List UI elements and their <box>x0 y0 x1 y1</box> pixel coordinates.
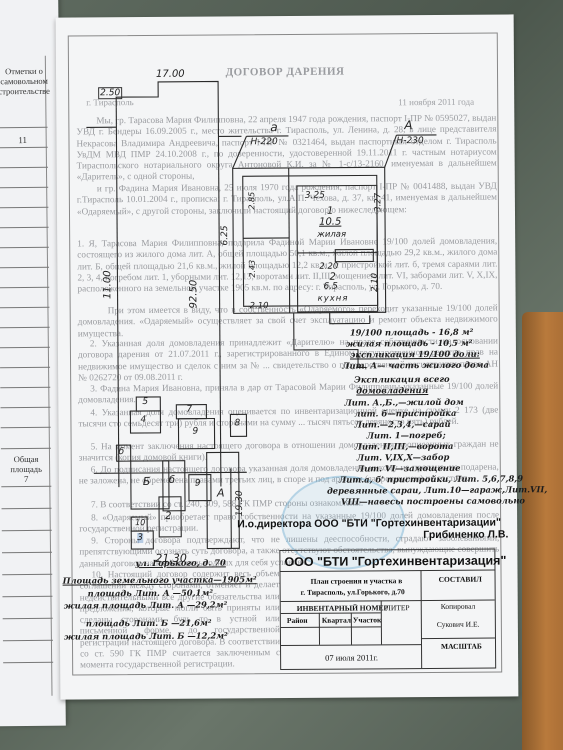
area-lit-a: площадь Лит. А —50,1м² <box>88 588 213 599</box>
share-explication-title: экспликация 19/100 доли: <box>350 349 480 360</box>
total-explication-title: Экспликация всего <box>354 374 450 385</box>
lit-label: б <box>119 447 125 457</box>
street-address: ул. Горького, д. 70 <box>135 557 225 568</box>
organization-name: ООО "БТИ "Гортехинвентаризация" <box>284 553 506 569</box>
living-lit-b: жилая площадь Лит. Б —12,2м² <box>64 630 228 641</box>
plot-label: Участок <box>353 615 382 624</box>
title-block: ООО "БТИ "Гортехинвентаризация" СОСТАВИЛ… <box>279 549 496 671</box>
total-area-col: 7 <box>1 474 51 485</box>
share-area: 19/100 площадь - 16,8 м² <box>350 327 474 338</box>
liter-label: ЛИТЕР <box>386 603 410 612</box>
room-1-area: 10.5 <box>319 217 341 228</box>
dim-house-height: 6.25 <box>220 225 230 245</box>
explication-line: Лит. V,IX,X—забор <box>357 452 450 463</box>
dim-mid-height: 92.50 <box>188 280 199 309</box>
share-living-area: жилая площадь - 10,5 м² <box>346 338 473 349</box>
living-lit-a: жилая площадь Лит. А —29,2м² <box>64 599 228 610</box>
compiled-label: СОСТАВИЛ <box>439 575 482 584</box>
dim-right-wall: 3.27 <box>373 193 383 212</box>
dim-corner: 2.50 <box>98 87 122 99</box>
explication-line: Лит.а, б' пристройки, Лит. 5,6,7,8,9 <box>339 473 523 484</box>
dim-kitchen-width: 2.20 <box>319 262 338 272</box>
self-built-header: Отметки о самовольном строительстве <box>0 66 53 97</box>
plan-date: 07 июля 2011г. <box>325 652 378 662</box>
scale-label: МАСШТАБ <box>441 642 482 651</box>
plan-address: г. Тирасполь, ул.Горького, д.70 <box>301 587 405 597</box>
director-name: Грибиненко Л.В. <box>423 528 508 541</box>
column-number: 11 <box>0 135 48 146</box>
dim-right-height: 19.30 <box>235 490 245 516</box>
marker-a-height: Н-220 <box>250 137 277 147</box>
cardboard-background <box>522 312 563 750</box>
plan-sheet: ДОГОВОР ДАРЕНИЯ г. Тирасполь 11 ноября 2… <box>56 14 519 699</box>
lit-label: 7 <box>186 405 192 415</box>
lit-label: 2 <box>165 511 171 522</box>
plan-title: План строения и участка в <box>311 576 403 586</box>
lit-label: А <box>217 486 225 499</box>
explication-line: деревянные сараи, Лит.10—гараж,Лит.VII, <box>327 484 547 496</box>
lit-label: 4 <box>140 415 146 425</box>
room-1-number: 1 <box>327 206 333 217</box>
lit-label: 10 <box>135 518 145 527</box>
explication-line: Лит. II,III,—ворота <box>355 441 454 452</box>
lit-label: 9 <box>192 427 198 437</box>
explication-line: Лит.—2,3,4,—сарай <box>354 419 450 430</box>
lit-label: 3 <box>137 533 143 543</box>
total-explication-title-2: домовладения <box>356 385 428 396</box>
dim-room-h2: 2.43 <box>248 260 257 278</box>
room-2-name: кухня <box>318 294 349 304</box>
author-name: Сукович И.Е. <box>437 620 480 629</box>
lit-label: 9 <box>195 479 201 489</box>
total-area-header: Общая площадь <box>1 454 51 475</box>
dim-top-width: 17.00 <box>156 69 185 80</box>
lit-label: б <box>169 475 175 486</box>
marker-A-height: Н-230 <box>396 136 423 146</box>
dim-room-h1: 2.85 <box>247 192 256 210</box>
explication-line: лит. б—пристройка <box>354 408 456 419</box>
lit-label: 5 <box>142 397 148 407</box>
dim-room1-width: 3.25 <box>305 191 325 201</box>
land-area: Площадь земельного участка—1905м² <box>63 574 257 586</box>
quarter-label: Квартал <box>322 616 351 625</box>
lit-label: 8 <box>234 418 240 428</box>
explication-line: VIII—навесы построены самовольно <box>341 495 525 506</box>
lit-label: Б <box>143 475 151 488</box>
dim-kitchen-height: 2.10 <box>370 273 380 292</box>
copied-label: Копировал <box>441 602 476 611</box>
marker-a-label: а <box>270 120 277 134</box>
explication-line: Лит. 1—погреб; <box>367 430 446 441</box>
explication-line: Лит. А.,Б.,—жилой дом <box>344 397 463 408</box>
dim-room-w2: 2.10 <box>250 301 269 311</box>
district-label: Район <box>287 616 308 625</box>
room-2-area: 6.5 <box>323 282 337 292</box>
share-explication-item: Лит. А— часть жилого дома <box>342 360 489 371</box>
room-1-name: жилая <box>317 230 346 240</box>
dim-left-height: 11.00 <box>102 270 113 299</box>
explication-line: Лит. VI—замощение <box>357 463 461 474</box>
area-lit-b: площадь Лит. Б —21,6м² <box>86 618 212 629</box>
marker-A-label: А <box>404 118 412 132</box>
